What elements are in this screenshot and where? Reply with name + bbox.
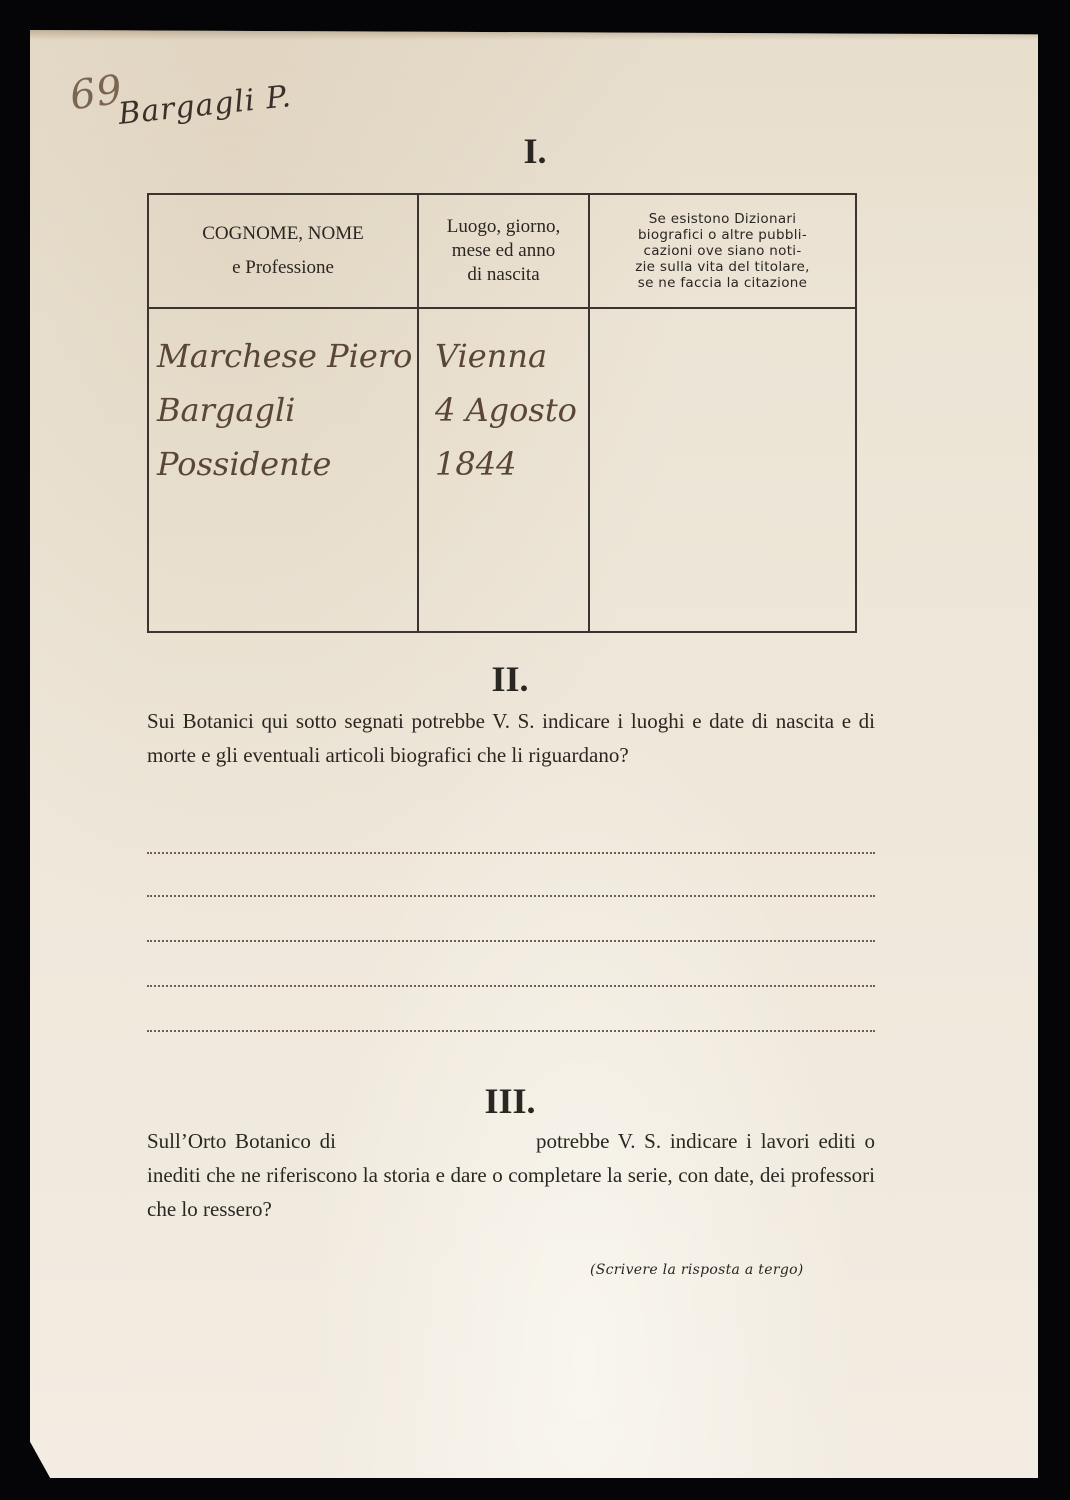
answer-line[interactable] xyxy=(147,852,875,854)
section-3-title: III. xyxy=(0,1080,1020,1122)
header-line: biografici o altre pubbli- xyxy=(638,227,807,243)
section-3-text-before: Sull’Orto Botanico di xyxy=(147,1129,336,1153)
header-line: mese ed anno xyxy=(452,239,555,263)
handwritten-line: Possidente xyxy=(157,437,417,491)
cell-name-profession[interactable]: Marchese Piero Bargagli Possidente xyxy=(149,309,417,631)
handwritten-line: Vienna xyxy=(435,329,588,383)
answer-line[interactable] xyxy=(147,895,875,897)
header-birth: Luogo, giorno, mese ed anno di nascita xyxy=(419,195,588,307)
header-citations: Se esistono Dizionari biografici o altre… xyxy=(590,195,855,307)
header-line: Se esistono Dizionari xyxy=(649,211,797,227)
answer-line[interactable] xyxy=(147,1030,875,1032)
scan-background: 69 Bargagli P. I. COGNOME, NOME e Profes… xyxy=(0,0,1070,1500)
section-3-question: Sull’Orto Botanico dipotrebbe V. S. indi… xyxy=(147,1124,875,1226)
handwritten-line: 1844 xyxy=(435,437,588,491)
header-line: di nascita xyxy=(467,263,539,287)
section-2-text: Sui Botanici qui sotto segnati potrebbe … xyxy=(147,709,875,767)
header-line: se ne faccia la citazione xyxy=(638,275,807,291)
footer-note: (Scrivere la risposta a tergo) xyxy=(590,1262,804,1278)
catalog-number-annotation: 69 xyxy=(67,67,126,120)
header-line: COGNOME, NOME xyxy=(202,217,364,251)
section-2-title: II. xyxy=(0,658,1020,700)
header-line: Luogo, giorno, xyxy=(447,215,560,239)
header-line: e Professione xyxy=(232,251,334,285)
handwritten-line: Marchese Piero xyxy=(157,329,417,383)
cell-citations[interactable] xyxy=(590,309,855,631)
section-2-question: Sui Botanici qui sotto segnati potrebbe … xyxy=(147,704,875,772)
handwritten-line: Bargagli xyxy=(157,383,417,437)
biography-table: COGNOME, NOME e Professione Luogo, giorn… xyxy=(147,193,857,633)
cell-birth[interactable]: Vienna 4 Agosto 1844 xyxy=(419,309,588,631)
handwritten-line: 4 Agosto xyxy=(435,383,588,437)
answer-line[interactable] xyxy=(147,940,875,942)
header-line: zie sulla vita del titolare, xyxy=(635,259,809,275)
header-line: cazioni ove siano noti- xyxy=(643,243,801,259)
header-name-profession: COGNOME, NOME e Professione xyxy=(149,195,417,307)
section-1-title: I. xyxy=(0,130,1070,172)
answer-line[interactable] xyxy=(147,985,875,987)
